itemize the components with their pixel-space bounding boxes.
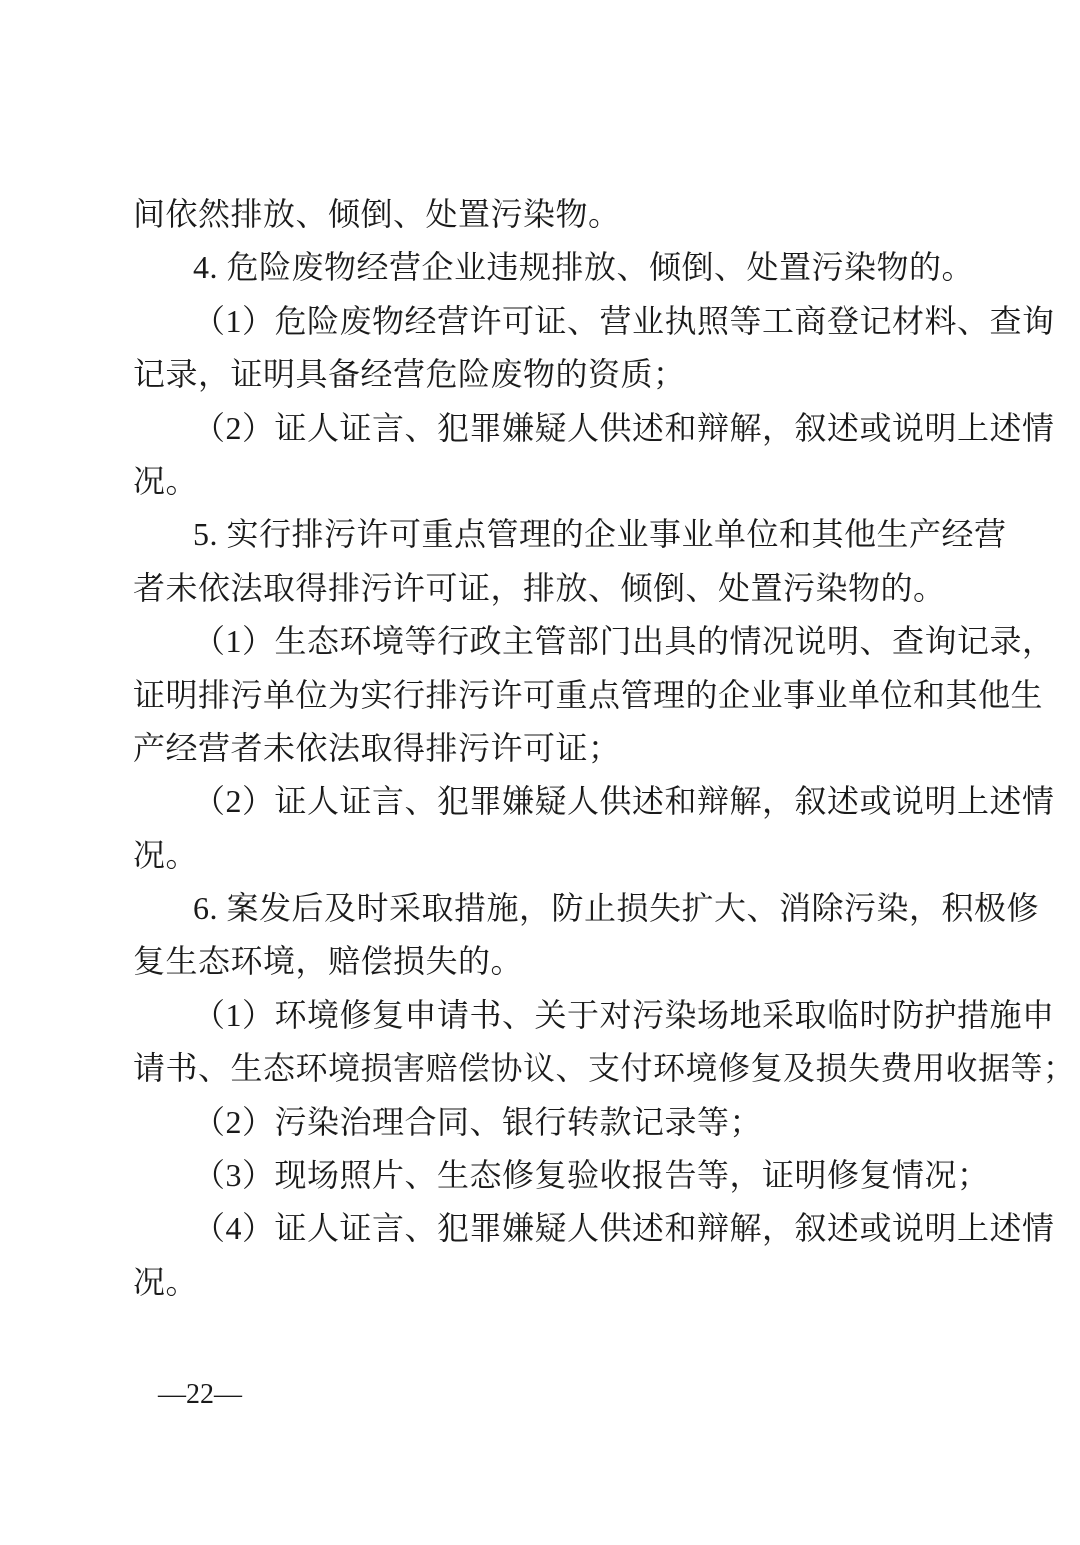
text-line: （1）生态环境等行政主管部门出具的情况说明、查询记录， [133,615,935,668]
text-line: 记录，证明具备经营危险废物的资质； [133,348,935,401]
text-line: （2）证人证言、犯罪嫌疑人供述和辩解，叙述或说明上述情 [133,402,935,455]
text-line: （2）证人证言、犯罪嫌疑人供述和辩解，叙述或说明上述情 [133,775,935,828]
text-line: （1）危险废物经营许可证、营业执照等工商登记材料、查询 [133,295,935,348]
document-body: 间依然排放、倾倒、处置污染物。4. 危险废物经营企业违规排放、倾倒、处置污染物的… [133,188,935,1309]
text-line: 4. 危险废物经营企业违规排放、倾倒、处置污染物的。 [133,241,935,294]
page-number: —22— [158,1377,242,1413]
text-line: 5. 实行排污许可重点管理的企业事业单位和其他生产经营 [133,508,935,561]
text-line: 况。 [133,1256,935,1309]
text-line: 者未依法取得排污许可证，排放、倾倒、处置污染物的。 [133,562,935,615]
text-line: （3）现场照片、生态修复验收报告等，证明修复情况； [133,1149,935,1202]
text-line: （2）污染治理合同、银行转款记录等； [133,1096,935,1149]
text-line: 证明排污单位为实行排污许可重点管理的企业事业单位和其他生 [133,669,935,722]
text-line: 况。 [133,829,935,882]
text-line: 请书、生态环境损害赔偿协议、支付环境修复及损失费用收据等； [133,1042,935,1095]
text-line: 6. 案发后及时采取措施，防止损失扩大、消除污染，积极修 [133,882,935,935]
document-page: 间依然排放、倾倒、处置污染物。4. 危险废物经营企业违规排放、倾倒、处置污染物的… [0,0,1080,1545]
text-line: 产经营者未依法取得排污许可证； [133,722,935,775]
text-line: 况。 [133,455,935,508]
text-line: （1）环境修复申请书、关于对污染场地采取临时防护措施申 [133,989,935,1042]
text-line: 间依然排放、倾倒、处置污染物。 [133,188,935,241]
text-line: 复生态环境，赔偿损失的。 [133,935,935,988]
text-line: （4）证人证言、犯罪嫌疑人供述和辩解，叙述或说明上述情 [133,1202,935,1255]
